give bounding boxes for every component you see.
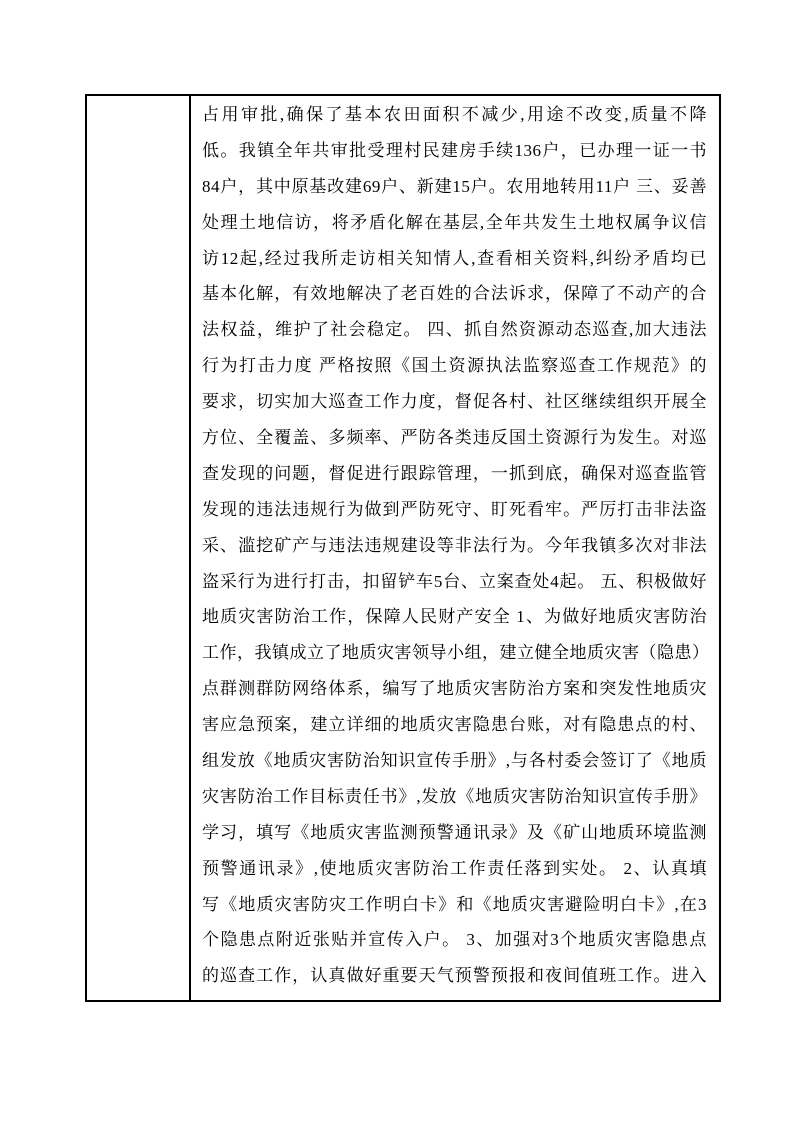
text-line: 要求，切实加大巡查工作力度，督促各村、社区继续组织开展全	[202, 384, 707, 420]
text-line: 地质灾害防治工作，保障人民财产安全 1、为做好地质灾害防治	[202, 599, 707, 635]
text-line: 处理土地信访，将矛盾化解在基层,全年共发生土地权属争议信	[202, 205, 707, 241]
text-line: 组发放《地质灾害防治知识宣传手册》,与各村委会签订了《地质	[202, 743, 707, 779]
text-line: 占用审批,确保了基本农田面积不减少,用途不改变,质量不降	[202, 97, 707, 133]
text-line: 灾害防治工作目标责任书》,发放《地质灾害防治知识宣传手册》	[202, 779, 707, 815]
text-line: 法权益，维护了社会稳定。 四、抓自然资源动态巡查,加大违法	[202, 312, 707, 348]
text-line: 基本化解，有效地解决了老百姓的合法诉求，保障了不动产的合	[202, 276, 707, 312]
document-page: 占用审批,确保了基本农田面积不减少,用途不改变,质量不降低。我镇全年共审批受理村…	[0, 0, 794, 1122]
text-line: 学习，填写《地质灾害监测预警通讯录》及《矿山地质环境监测	[202, 815, 707, 851]
text-line: 发现的违法违规行为做到严防死守、盯死看牢。严厉打击非法盗	[202, 492, 707, 528]
table-label-cell-empty	[87, 96, 191, 1000]
text-line: 个隐患点附近张贴并宣传入户。 3、加强对3个地质灾害隐患点	[202, 922, 707, 958]
table-text-cell: 占用审批,确保了基本农田面积不减少,用途不改变,质量不降低。我镇全年共审批受理村…	[191, 96, 719, 1000]
text-line: 写《地质灾害防灾工作明白卡》和《地质灾害避险明白卡》,在3	[202, 887, 707, 923]
text-line: 方位、全覆盖、多频率、严防各类违反国土资源行为发生。对巡	[202, 420, 707, 456]
text-line: 的巡查工作，认真做好重要天气预警预报和夜间值班工作。进入	[202, 958, 707, 994]
text-line: 84户，其中原基改建69户、新建15户。农用地转用11户 三、妥善	[202, 169, 707, 205]
text-line: 访12起,经过我所走访相关知情人,查看相关资料,纠纷矛盾均已	[202, 241, 707, 277]
text-line: 行为打击力度 严格按照《国土资源执法监察巡查工作规范》的	[202, 348, 707, 384]
report-table: 占用审批,确保了基本农田面积不减少,用途不改变,质量不降低。我镇全年共审批受理村…	[85, 94, 721, 1002]
text-line: 查发现的问题，督促进行跟踪管理，一抓到底，确保对巡查监管	[202, 456, 707, 492]
text-line: 害应急预案，建立详细的地质灾害隐患台账，对有隐患点的村、	[202, 707, 707, 743]
text-line: 预警通讯录》,使地质灾害防治工作责任落到实处。 2、认真填	[202, 851, 707, 887]
text-line: 盗采行为进行打击，扣留铲车5台、立案查处4起。 五、积极做好	[202, 564, 707, 600]
text-line: 工作，我镇成立了地质灾害领导小组，建立健全地质灾害（隐患）	[202, 635, 707, 671]
text-line: 点群测群防网络体系，编写了地质灾害防治方案和突发性地质灾	[202, 671, 707, 707]
text-cell-lines: 占用审批,确保了基本农田面积不减少,用途不改变,质量不降低。我镇全年共审批受理村…	[202, 97, 707, 994]
text-line: 低。我镇全年共审批受理村民建房手续136户，已办理一证一书	[202, 133, 707, 169]
text-line: 采、滥挖矿产与违法违规建设等非法行为。今年我镇多次对非法	[202, 528, 707, 564]
